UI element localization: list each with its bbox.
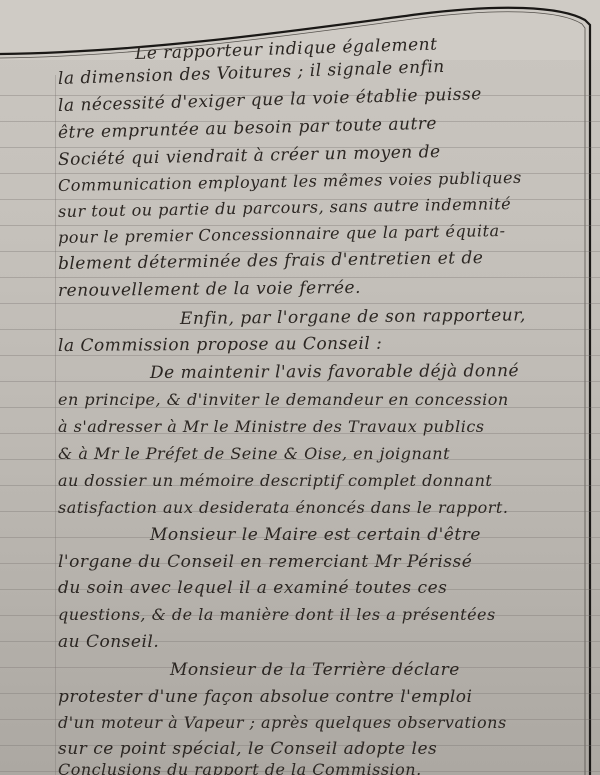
text-line: au Conseil. [58, 632, 159, 652]
text-line: protester d'une façon absolue contre l'e… [58, 687, 472, 707]
text-line: renouvellement de la voie ferrée. [58, 278, 361, 301]
text-line: De maintenir l'avis favorable déjà donné [150, 361, 519, 383]
text-line: du soin avec lequel il a examiné toutes … [58, 578, 447, 598]
text-line: la Commission propose au Conseil : [58, 334, 383, 356]
manuscript-page: Le rapporteur indique également la dimen… [0, 0, 600, 775]
text-line: au dossier un mémoire descriptif complet… [58, 471, 492, 490]
text-line: d'un moteur à Vapeur ; après quelques ob… [58, 713, 507, 732]
text-line: questions, & de la manière dont il les a… [58, 605, 496, 624]
text-line: Communication employant les mêmes voies … [58, 168, 522, 195]
text-line: & à Mr le Préfet de Seine & Oise, en joi… [58, 444, 450, 463]
text-line: satisfaction aux desiderata énoncés dans… [58, 498, 508, 517]
text-line: la dimension des Voitures ; il signale e… [58, 57, 445, 89]
text-line: Monsieur de la Terrière déclare [170, 660, 460, 680]
margin-rule [55, 75, 56, 775]
text-line: Enfin, par l'organe de son rapporteur, [180, 305, 526, 329]
text-line: à s'adresser à Mr le Ministre des Travau… [58, 417, 485, 436]
text-line: sur ce point spécial, le Conseil adopte … [58, 739, 437, 759]
text-line: la nécessité d'exiger que la voie établi… [58, 84, 482, 116]
text-line: l'organe du Conseil en remerciant Mr Pér… [58, 552, 472, 572]
ruled-line [0, 329, 600, 330]
text-line: Conclusions du rapport de la Commission. [58, 760, 422, 775]
text-line: en principe, & d'inviter le demandeur en… [58, 390, 509, 409]
text-line: Monsieur le Maire est certain d'être [150, 525, 481, 545]
ruled-line [0, 303, 600, 304]
text-line: être empruntée au besoin par toute autre [58, 114, 437, 143]
